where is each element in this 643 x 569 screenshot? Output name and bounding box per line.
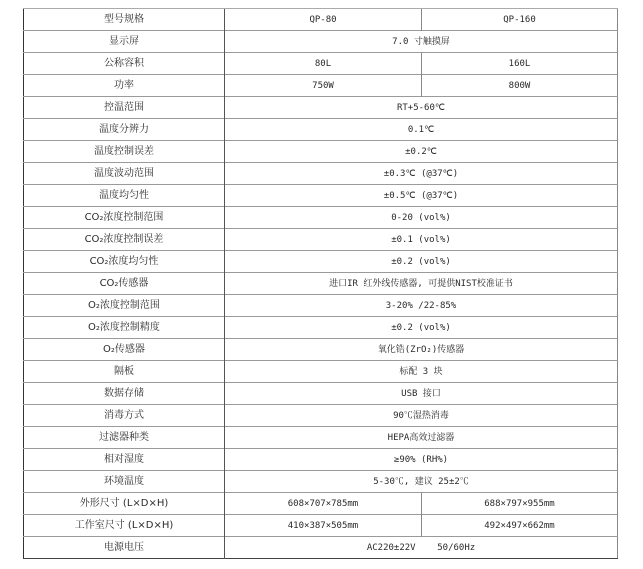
label-temp-control-error: 温度控制误差 — [24, 141, 225, 163]
label-volume: 公称容积 — [24, 53, 225, 75]
label-co2-uniformity: CO₂浓度均匀性 — [24, 251, 225, 273]
label-temp-uniformity: 温度均匀性 — [24, 185, 225, 207]
row-temp-resolution: 温度分辨力 0.1℃ — [24, 119, 618, 141]
value-temp-uniformity: ±0.5℃ (@37℃) — [225, 185, 618, 207]
label-chamber-dimensions: 工作室尺寸 (L×D×H) — [24, 515, 225, 537]
row-volume: 公称容积 80L 160L — [24, 53, 618, 75]
label-sterilization: 消毒方式 — [24, 405, 225, 427]
label-display: 显示屏 — [24, 31, 225, 53]
value-sterilization: 90℃湿热消毒 — [225, 405, 618, 427]
value-o2-precision: ±0.2 (vol%) — [225, 317, 618, 339]
label-data-storage: 数据存储 — [24, 383, 225, 405]
row-model: 型号规格 QP-80 QP-160 — [24, 9, 618, 31]
value-temp-control-error: ±0.2℃ — [225, 141, 618, 163]
row-display: 显示屏 7.0 寸触摸屏 — [24, 31, 618, 53]
value-ambient-temp: 5-30℃, 建议 25±2℃ — [225, 471, 618, 493]
row-chamber-dimensions: 工作室尺寸 (L×D×H) 410×387×505mm 492×497×662m… — [24, 515, 618, 537]
value-filter-type: HEPA高效过滤器 — [225, 427, 618, 449]
value-temp-fluctuation: ±0.3℃ (@37℃) — [225, 163, 618, 185]
row-ambient-temp: 环境温度 5-30℃, 建议 25±2℃ — [24, 471, 618, 493]
label-co2-range: CO₂浓度控制范围 — [24, 207, 225, 229]
row-shelves: 隔板 标配 3 块 — [24, 361, 618, 383]
row-temp-range: 控温范围 RT+5-60℃ — [24, 97, 618, 119]
value-o2-range: 3-20% /22-85% — [225, 295, 618, 317]
row-co2-uniformity: CO₂浓度均匀性 ±0.2 (vol%) — [24, 251, 618, 273]
value-external-dimensions-qp160: 688×797×955mm — [422, 493, 618, 515]
label-co2-control-error: CO₂浓度控制误差 — [24, 229, 225, 251]
label-shelves: 隔板 — [24, 361, 225, 383]
row-external-dimensions: 外形尺寸 (L×D×H) 608×707×785mm 688×797×955mm — [24, 493, 618, 515]
label-temp-fluctuation: 温度波动范围 — [24, 163, 225, 185]
value-chamber-dimensions-qp80: 410×387×505mm — [225, 515, 422, 537]
value-power-supply: AC220±22V 50/60Hz — [225, 537, 618, 559]
label-filter-type: 过滤器种类 — [24, 427, 225, 449]
row-co2-sensor: CO₂传感器 进口IR 红外线传感器, 可提供NIST校准证书 — [24, 273, 618, 295]
value-shelves: 标配 3 块 — [225, 361, 618, 383]
value-external-dimensions-qp80: 608×707×785mm — [225, 493, 422, 515]
label-temp-range: 控温范围 — [24, 97, 225, 119]
row-o2-range: O₂浓度控制范围 3-20% /22-85% — [24, 295, 618, 317]
row-power-supply: 电源电压 AC220±22V 50/60Hz — [24, 537, 618, 559]
value-co2-uniformity: ±0.2 (vol%) — [225, 251, 618, 273]
spec-table-body: 型号规格 QP-80 QP-160 显示屏 7.0 寸触摸屏 公称容积 80L … — [24, 9, 618, 559]
value-model-qp160: QP-160 — [422, 9, 618, 31]
value-temp-resolution: 0.1℃ — [225, 119, 618, 141]
label-model: 型号规格 — [24, 9, 225, 31]
value-co2-control-error: ±0.1 (vol%) — [225, 229, 618, 251]
row-temp-uniformity: 温度均匀性 ±0.5℃ (@37℃) — [24, 185, 618, 207]
value-co2-range: 0-20 (vol%) — [225, 207, 618, 229]
value-relative-humidity: ≥90% (RH%) — [225, 449, 618, 471]
label-power: 功率 — [24, 75, 225, 97]
label-temp-resolution: 温度分辨力 — [24, 119, 225, 141]
value-power-qp80: 750W — [225, 75, 422, 97]
value-display: 7.0 寸触摸屏 — [225, 31, 618, 53]
label-external-dimensions: 外形尺寸 (L×D×H) — [24, 493, 225, 515]
row-power: 功率 750W 800W — [24, 75, 618, 97]
value-temp-range: RT+5-60℃ — [225, 97, 618, 119]
value-data-storage: USB 接口 — [225, 383, 618, 405]
row-temp-fluctuation: 温度波动范围 ±0.3℃ (@37℃) — [24, 163, 618, 185]
value-o2-sensor: 氧化锆(ZrO₂)传感器 — [225, 339, 618, 361]
row-temp-control-error: 温度控制误差 ±0.2℃ — [24, 141, 618, 163]
value-power-qp160: 800W — [422, 75, 618, 97]
row-relative-humidity: 相对湿度 ≥90% (RH%) — [24, 449, 618, 471]
row-o2-sensor: O₂传感器 氧化锆(ZrO₂)传感器 — [24, 339, 618, 361]
label-ambient-temp: 环境温度 — [24, 471, 225, 493]
value-volume-qp160: 160L — [422, 53, 618, 75]
spec-table: 型号规格 QP-80 QP-160 显示屏 7.0 寸触摸屏 公称容积 80L … — [23, 8, 618, 559]
row-sterilization: 消毒方式 90℃湿热消毒 — [24, 405, 618, 427]
value-co2-sensor: 进口IR 红外线传感器, 可提供NIST校准证书 — [225, 273, 618, 295]
value-model-qp80: QP-80 — [225, 9, 422, 31]
label-power-supply: 电源电压 — [24, 537, 225, 559]
value-chamber-dimensions-qp160: 492×497×662mm — [422, 515, 618, 537]
label-relative-humidity: 相对湿度 — [24, 449, 225, 471]
label-o2-precision: O₂浓度控制精度 — [24, 317, 225, 339]
label-o2-range: O₂浓度控制范围 — [24, 295, 225, 317]
row-co2-control-error: CO₂浓度控制误差 ±0.1 (vol%) — [24, 229, 618, 251]
row-data-storage: 数据存储 USB 接口 — [24, 383, 618, 405]
row-o2-precision: O₂浓度控制精度 ±0.2 (vol%) — [24, 317, 618, 339]
row-co2-range: CO₂浓度控制范围 0-20 (vol%) — [24, 207, 618, 229]
value-volume-qp80: 80L — [225, 53, 422, 75]
label-co2-sensor: CO₂传感器 — [24, 273, 225, 295]
label-o2-sensor: O₂传感器 — [24, 339, 225, 361]
row-filter-type: 过滤器种类 HEPA高效过滤器 — [24, 427, 618, 449]
